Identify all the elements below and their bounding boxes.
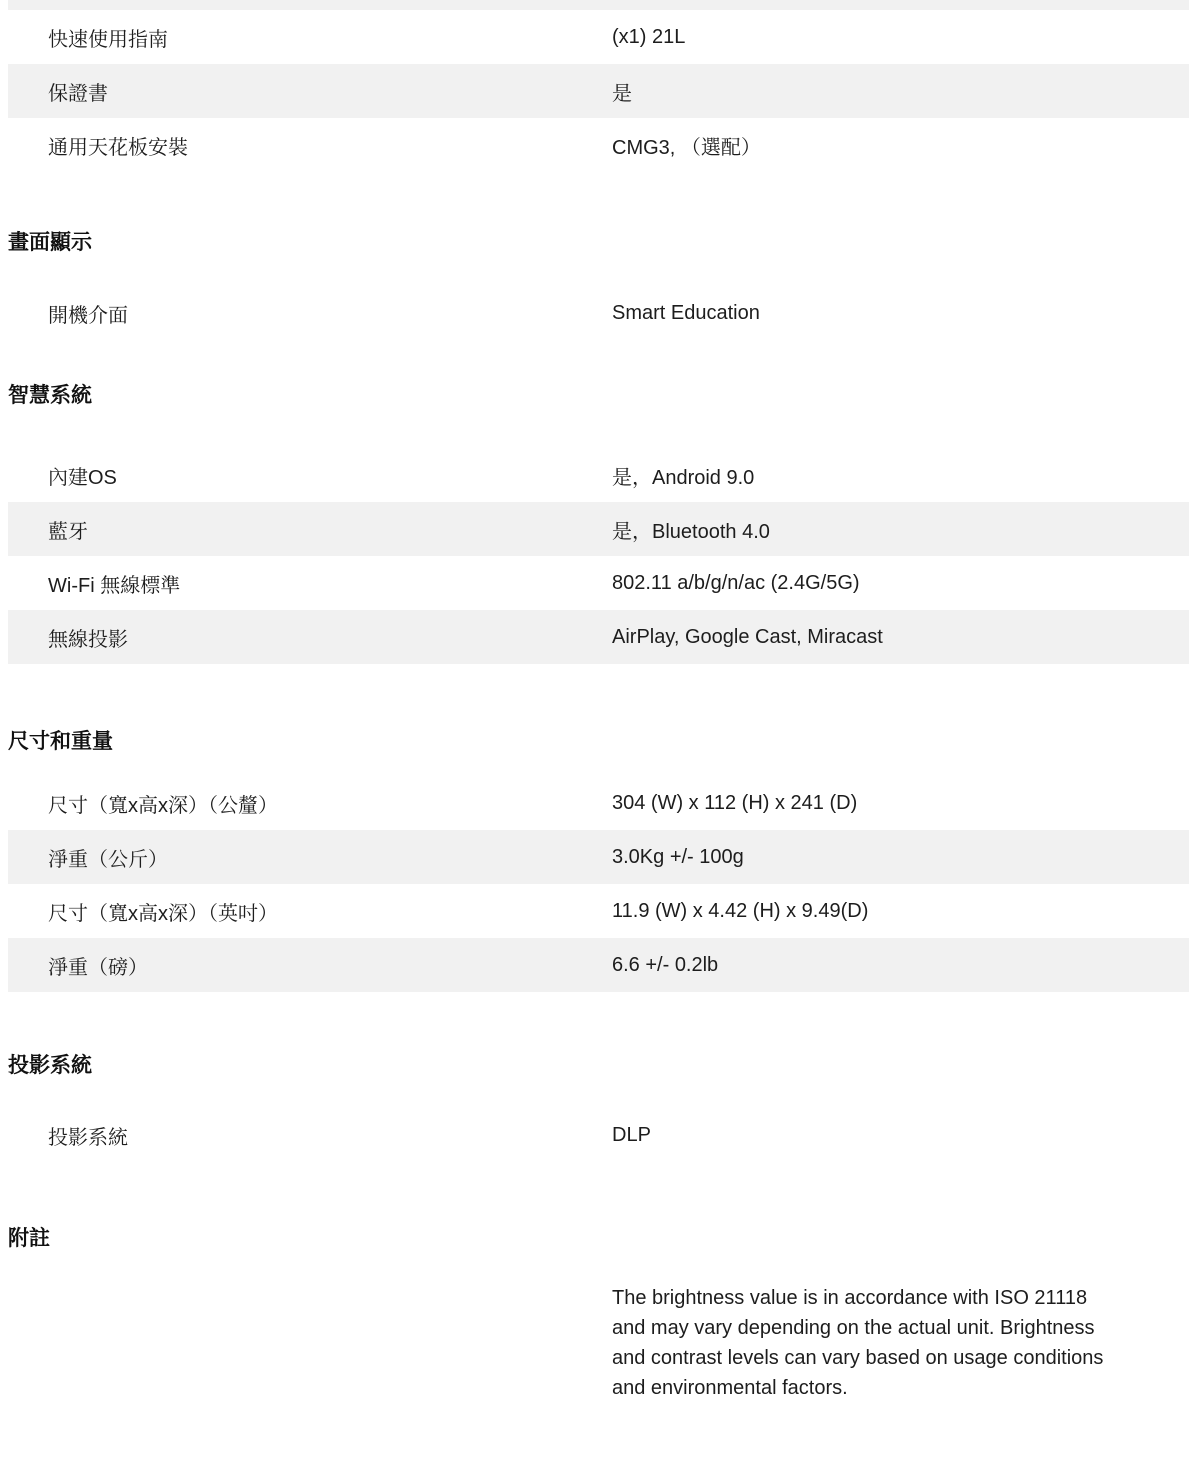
spec-value: 304 (W) x 112 (H) x 241 (D) — [612, 792, 1189, 815]
spec-value: 802.11 a/b/g/n/ac (2.4G/5G) — [612, 572, 1189, 595]
spec-label: 快速使用指南 — [48, 23, 612, 52]
section-heading-projection-system: 投影系統 — [8, 1052, 1200, 1080]
section-heading-screen-display: 畫面顯示 — [8, 229, 1200, 257]
truncated-row-top — [8, 0, 1189, 10]
spec-label: 淨重（磅） — [48, 951, 612, 980]
spec-label: 內建OS — [48, 461, 612, 490]
section-heading-notes: 附註 — [8, 1225, 1200, 1253]
spec-label: Wi-Fi 無線標準 — [48, 569, 612, 598]
spec-value: CMG3, （選配） — [612, 131, 1189, 160]
spec-value: 3.0Kg +/- 100g — [612, 846, 1189, 869]
spec-label: 尺寸（寬x高x深）（英吋） — [48, 897, 612, 926]
spec-value: DLP — [612, 1124, 1189, 1147]
spec-value: 是，Bluetooth 4.0 — [612, 515, 1189, 544]
spec-row-net-weight-kg: 淨重（公斤） 3.0Kg +/- 100g — [8, 830, 1189, 884]
spec-row-dimensions-inch: 尺寸（寬x高x深）（英吋） 11.9 (W) x 4.42 (H) x 9.49… — [8, 884, 1189, 938]
spec-row-brightness-note: The brightness value is in accordance wi… — [8, 1277, 1189, 1423]
spec-row-dimensions-mm: 尺寸（寬x高x深）（公釐） 304 (W) x 112 (H) x 241 (D… — [8, 776, 1189, 830]
spec-label: 藍牙 — [48, 515, 612, 544]
spec-value: (x1) 21L — [612, 26, 1189, 49]
spec-value: 6.6 +/- 0.2lb — [612, 954, 1189, 977]
spec-row-builtin-os: 內建OS 是，Android 9.0 — [8, 448, 1189, 502]
spec-value: AirPlay, Google Cast, Miracast — [612, 626, 1189, 649]
product-spec-table: 快速使用指南 (x1) 21L 保證書 是 通用天花板安裝 CMG3, （選配）… — [0, 0, 1200, 1423]
spec-label: 投影系統 — [48, 1121, 612, 1150]
spec-row-net-weight-lb: 淨重（磅） 6.6 +/- 0.2lb — [8, 938, 1189, 992]
spec-row-warranty-card: 保證書 是 — [8, 64, 1189, 118]
spec-row-quick-start-guide: 快速使用指南 (x1) 21L — [8, 10, 1189, 64]
section-heading-smart-system: 智慧系統 — [8, 382, 1200, 410]
spec-value: 11.9 (W) x 4.42 (H) x 9.49(D) — [612, 900, 1189, 923]
spec-value: 是，Android 9.0 — [612, 461, 1189, 490]
spec-row-projection-system: 投影系統 DLP — [8, 1108, 1189, 1162]
section-heading-dimensions-weight: 尺寸和重量 — [8, 728, 1200, 756]
spec-page: 快速使用指南 (x1) 21L 保證書 是 通用天花板安裝 CMG3, （選配）… — [0, 0, 1200, 1462]
spec-label: 無線投影 — [48, 623, 612, 652]
spec-label: 保證書 — [48, 77, 612, 106]
spec-label: 通用天花板安裝 — [48, 131, 612, 160]
spec-label: 尺寸（寬x高x深）（公釐） — [48, 789, 612, 818]
spec-row-wifi-standard: Wi-Fi 無線標準 802.11 a/b/g/n/ac (2.4G/5G) — [8, 556, 1189, 610]
spec-row-ceiling-mount: 通用天花板安裝 CMG3, （選配） — [8, 118, 1189, 172]
spec-row-bluetooth: 藍牙 是，Bluetooth 4.0 — [8, 502, 1189, 556]
spec-note-text: The brightness value is in accordance wi… — [612, 1283, 1187, 1403]
spec-label: 淨重（公斤） — [48, 843, 612, 872]
spec-value: Smart Education — [612, 302, 1189, 325]
spec-row-wireless-projection: 無線投影 AirPlay, Google Cast, Miracast — [8, 610, 1189, 664]
spec-label: 開機介面 — [48, 299, 612, 328]
spec-row-boot-interface: 開機介面 Smart Education — [8, 286, 1189, 340]
spec-value: 是 — [612, 77, 1189, 106]
